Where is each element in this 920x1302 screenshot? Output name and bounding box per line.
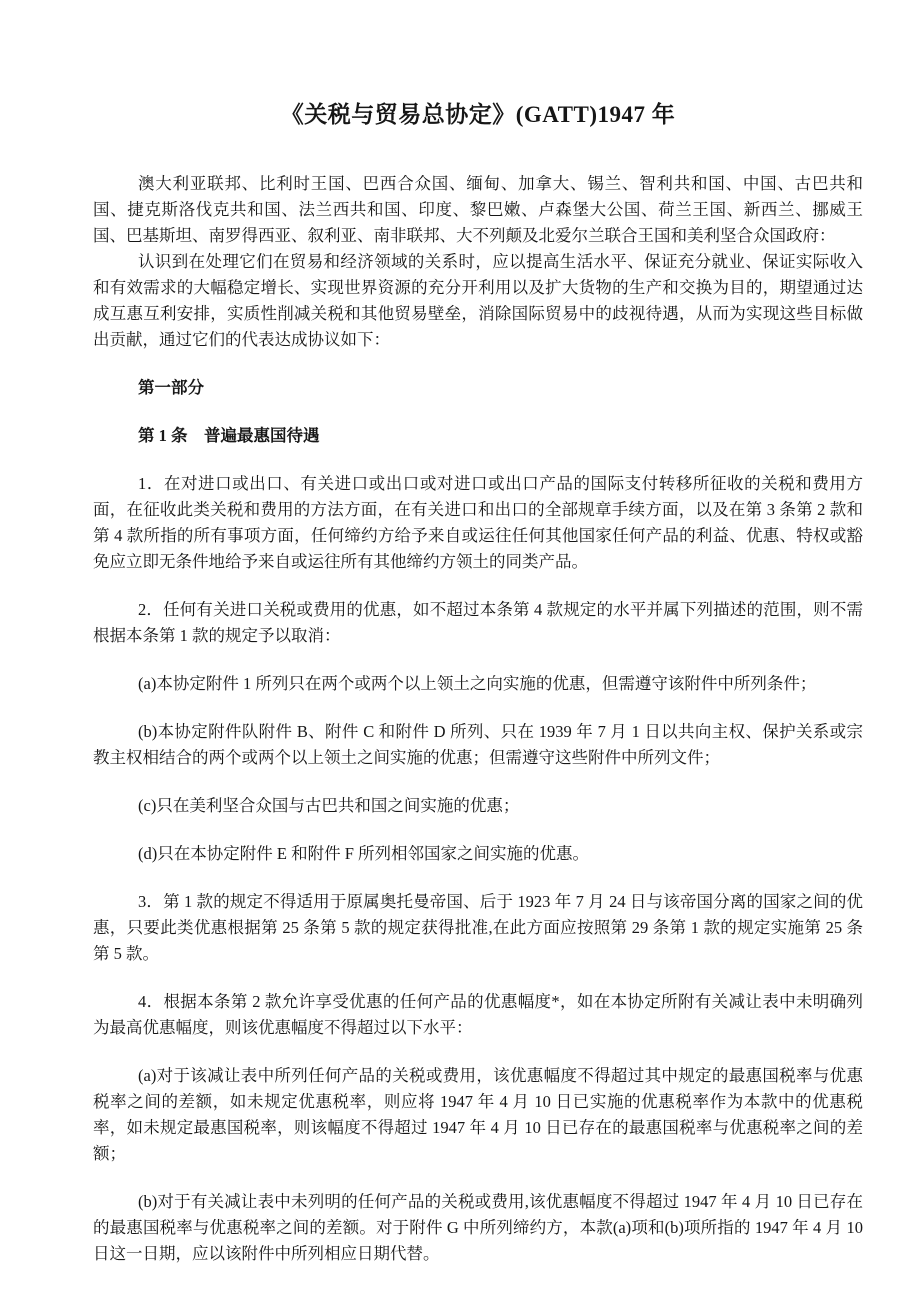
paragraph-article1-clause2c: (c)只在美利坚合众国与古巴共和国之间实施的优惠； xyxy=(93,793,863,819)
heading-part-one: 第一部分 xyxy=(93,375,863,401)
paragraph-article1-clause2: 2．任何有关进口关税或费用的优惠，如不超过本条第 4 款规定的水平并属下列描述的… xyxy=(93,597,863,649)
paragraph-article1-clause4b: (b)对于有关减让表中未列明的任何产品的关税或费用,该优惠幅度不得超过 1947… xyxy=(93,1189,863,1267)
paragraph-preamble: 认识到在处理它们在贸易和经济领域的关系时，应以提高生活水平、保证充分就业、保证实… xyxy=(93,249,863,353)
document-page: 《关税与贸易总协定》(GATT)1947 年 澳大利亚联邦、比利时王国、巴西合众… xyxy=(0,0,920,1302)
document-content: 《关税与贸易总协定》(GATT)1947 年 澳大利亚联邦、比利时王国、巴西合众… xyxy=(0,0,920,1267)
paragraph-article1-clause2d: (d)只在本协定附件 E 和附件 F 所列相邻国家之间实施的优惠。 xyxy=(93,841,863,867)
paragraph-article1-clause3: 3．第 1 款的规定不得适用于原属奥托曼帝国、后于 1923 年 7 月 24 … xyxy=(93,889,863,967)
paragraph-article1-clause2b: (b)本协定附件队附件 B、附件 C 和附件 D 所列、只在 1939 年 7 … xyxy=(93,719,863,771)
paragraph-article1-clause2a: (a)本协定附件 1 所列只在两个或两个以上领土之向实施的优惠，但需遵守该附件中… xyxy=(93,671,863,697)
paragraph-article1-clause1: 1．在对进口或出口、有关进口或出口或对进口或出口产品的国际支付转移所征收的关税和… xyxy=(93,471,863,575)
heading-article-1-mfn-treatment: 第 1 条 普遍最惠国待遇 xyxy=(93,423,863,449)
paragraph-contracting-parties: 澳大利亚联邦、比利时王国、巴西合众国、缅甸、加拿大、锡兰、智利共和国、中国、古巴… xyxy=(93,171,863,249)
paragraph-article1-clause4: 4．根据本条第 2 款允许享受优惠的任何产品的优惠幅度*，如在本协定所附有关减让… xyxy=(93,989,863,1041)
document-title: 《关税与贸易总协定》(GATT)1947 年 xyxy=(93,96,863,129)
paragraph-article1-clause4a: (a)对于该减让表中所列任何产品的关税或费用，该优惠幅度不得超过其中规定的最惠国… xyxy=(93,1063,863,1167)
